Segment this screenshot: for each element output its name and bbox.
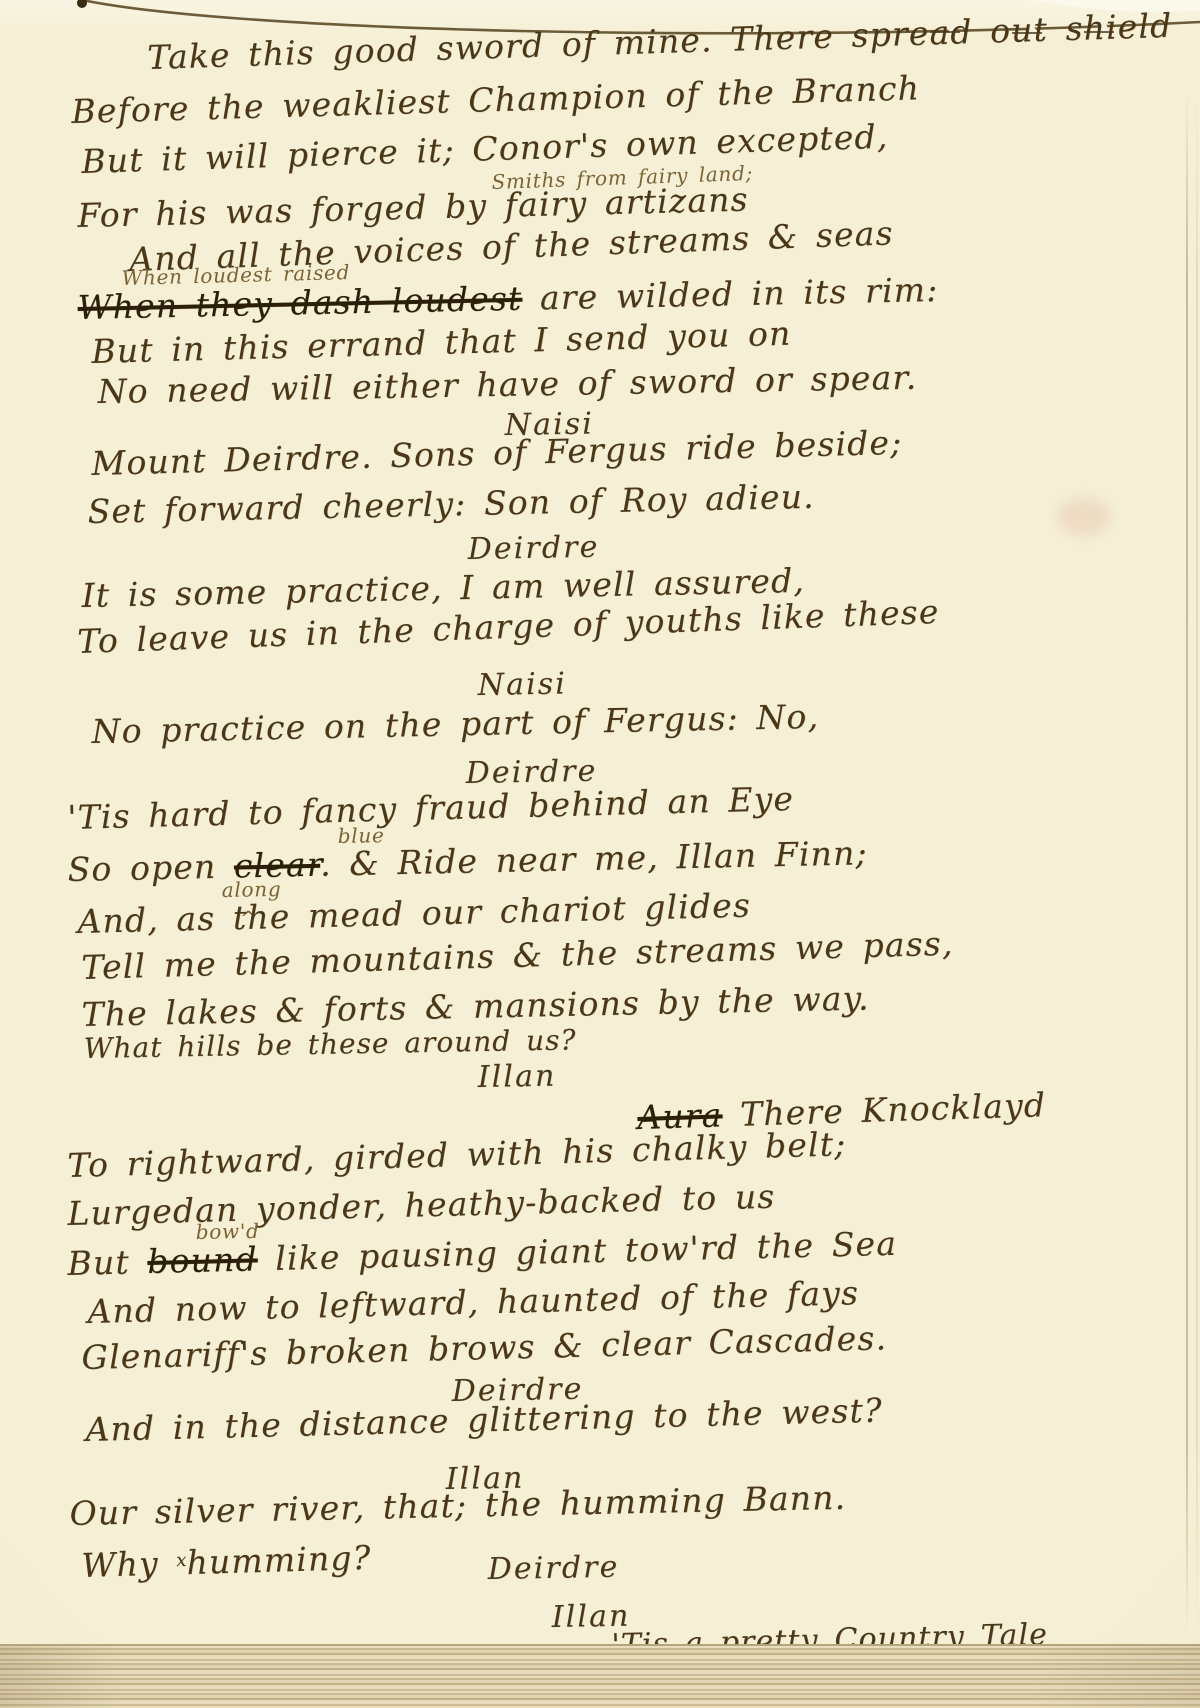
verse-line: But bound like pausing giant tow'rd the … [67,1224,897,1283]
book-fore-edge [0,1644,1200,1708]
text-segment: No practice on the part of Fergus: No, [91,697,819,751]
speaker-heading: Illan [477,1059,556,1095]
text-segment: Our silver river, that; the humming Bann… [69,1478,846,1533]
verse-line: Lurgedan yonder, heathy-backed to us [67,1177,776,1233]
text-segment: 'Tis hard to fancy fraud behind an Eye [67,779,795,837]
text-segment: are wilded in its rim: [522,270,939,318]
text-segment: Illan [477,1059,556,1095]
verse-line: Our silver river, that; the humming Bann… [69,1478,846,1533]
verse-line: No practice on the part of Fergus: No, [91,697,819,751]
verse-line: To rightward, girded with his chalky bel… [67,1124,847,1185]
text-segment: Lurgedan yonder, heathy-backed to us [67,1177,776,1233]
text-segment: And in the distance glittering to the we… [85,1391,883,1449]
text-segment: To rightward, girded with his chalky bel… [67,1124,847,1185]
text-segment: Mount Deirdre. Sons of Fergus ride besid… [91,423,903,483]
verse-line: Take this good sword of mine. There spre… [147,6,1173,77]
text-segment: Take this good sword of mine. There spre… [147,6,1173,77]
verse-line: So open clear. & Ride near me, Illan Fin… [67,833,868,889]
text-segment: . & Ride near me, Illan Finn; [320,833,868,883]
manuscript-text: Take this good sword of mine. There spre… [0,0,1200,1708]
text-segment: Why [81,1543,177,1585]
text-segment: like pausing giant tow'rd the Sea [257,1224,897,1279]
speaker-heading: Deirdre [487,1550,619,1587]
text-segment: x [176,1550,187,1571]
text-segment: Deirdre [487,1550,619,1587]
text-segment: But [67,1242,148,1283]
struck-text: When they dash loudest [77,279,523,327]
text-segment: Deirdre [467,530,599,567]
verse-line: And in the distance glittering to the we… [85,1391,883,1449]
manuscript-page: Take this good sword of mine. There spre… [0,0,1200,1708]
verse-line: 'Tis hard to fancy fraud behind an Eye [67,779,795,837]
verse-line: Why xhumming? [81,1538,372,1585]
speaker-heading: Naisi [477,666,567,703]
verse-line: Mount Deirdre. Sons of Fergus ride besid… [91,423,903,483]
struck-text: bound [147,1239,258,1281]
text-segment: So open [67,847,234,889]
text-segment: humming? [186,1538,372,1582]
speaker-heading: Deirdre [467,530,599,567]
verse-line: Set forward cheerly: Son of Roy adieu. [87,477,815,531]
text-segment: Naisi [477,666,567,703]
text-segment: Set forward cheerly: Son of Roy adieu. [87,477,815,531]
